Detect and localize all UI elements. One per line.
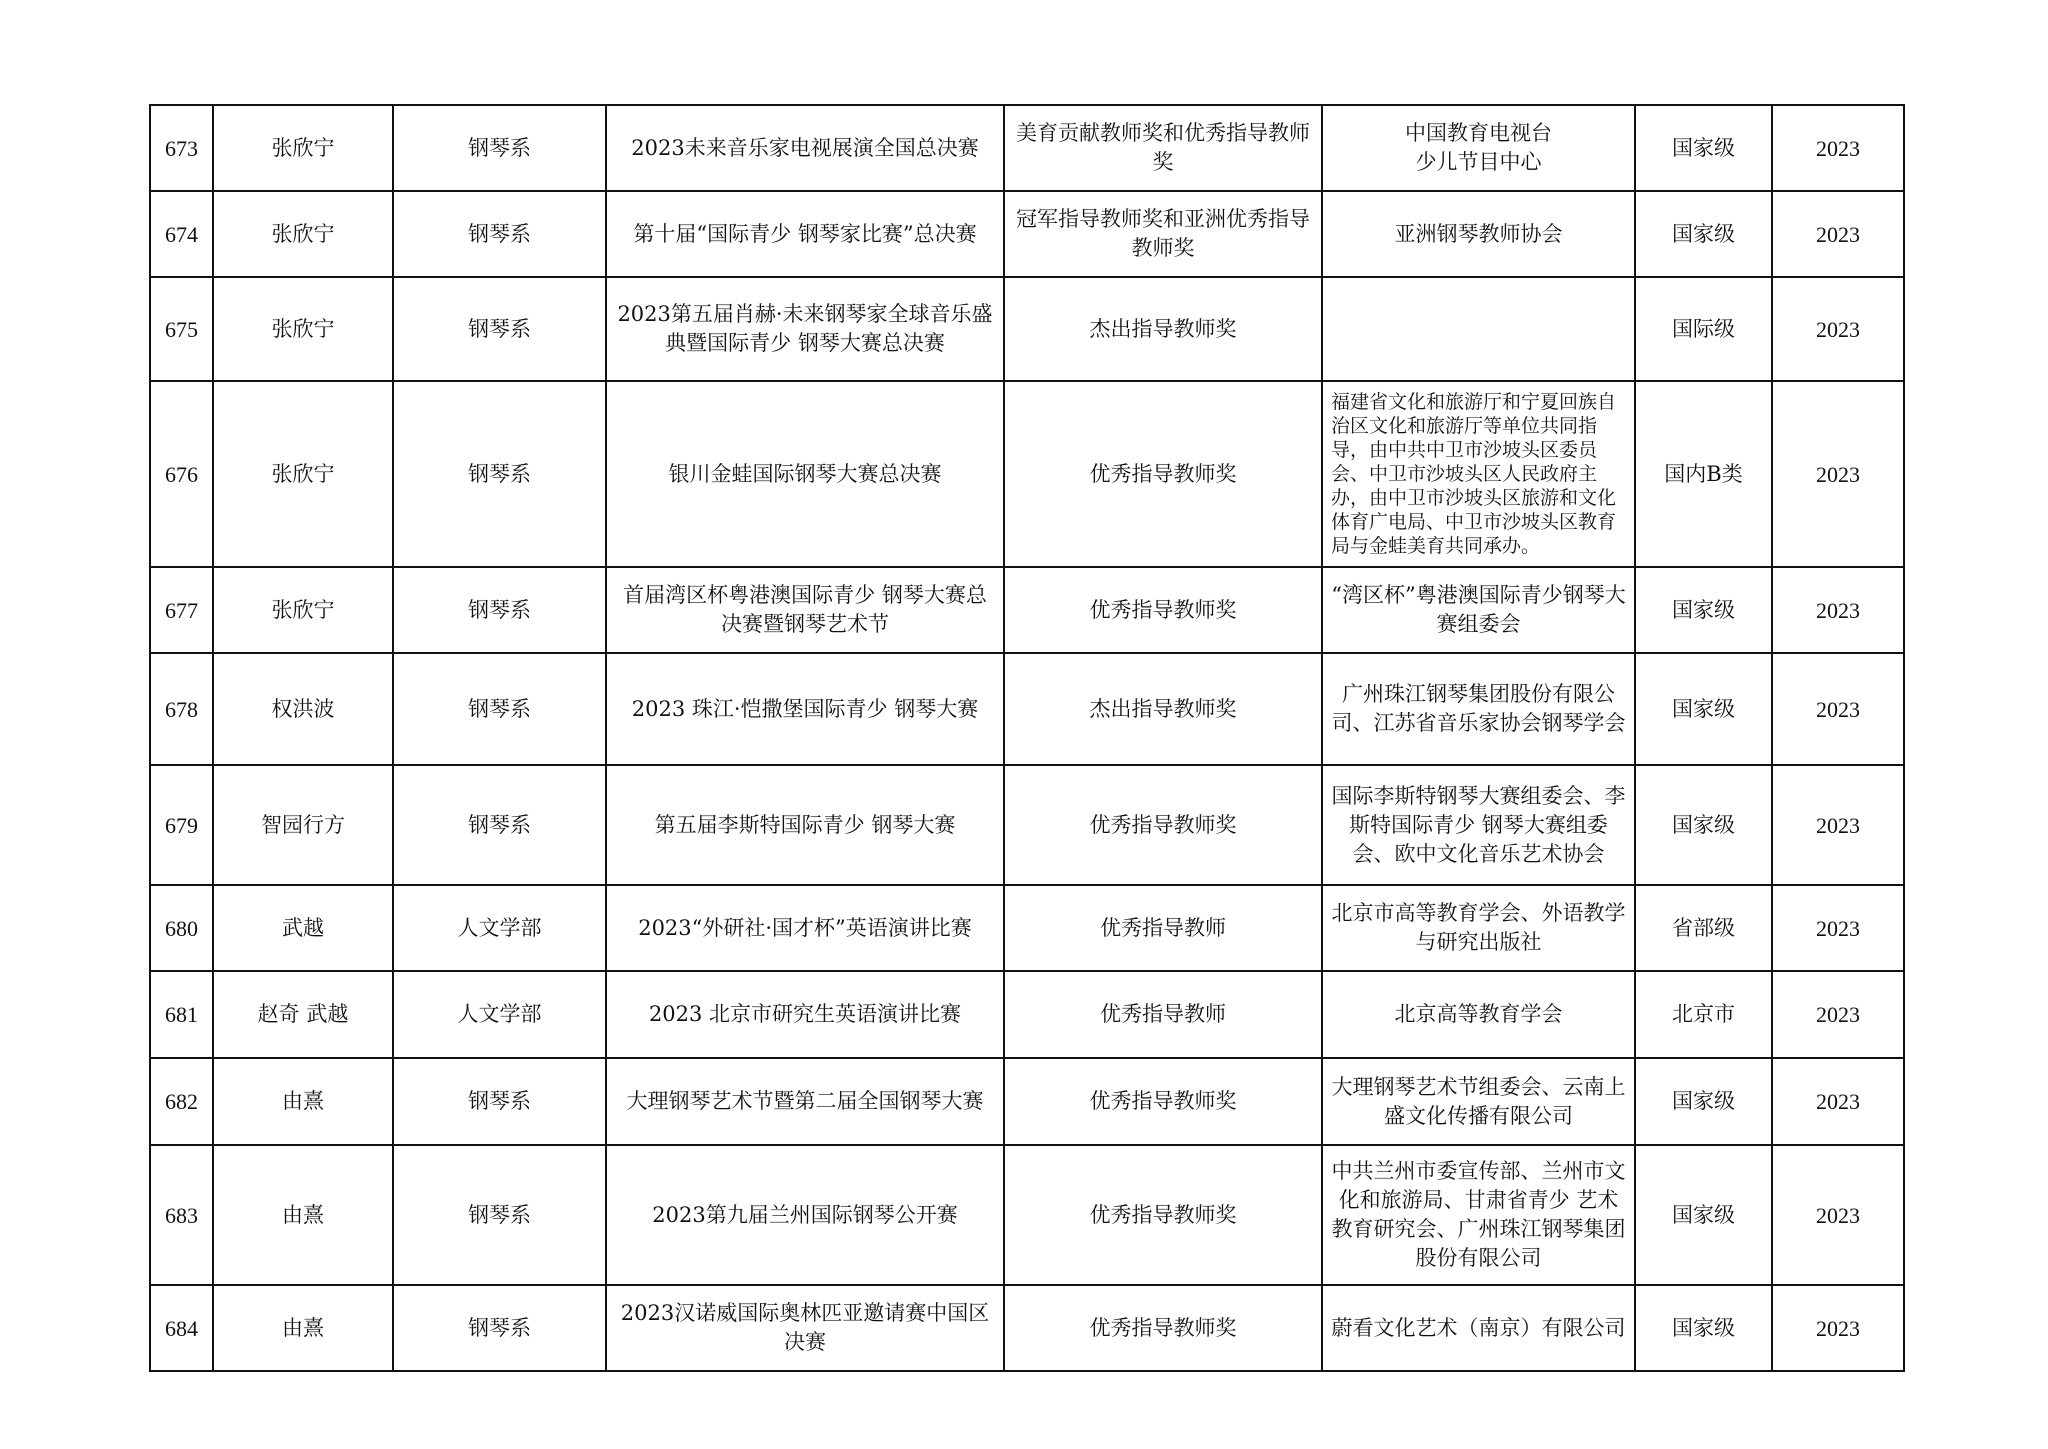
cell-year: 2023 (1772, 191, 1904, 277)
cell-dept: 钢琴系 (393, 1145, 606, 1285)
cell-name: 赵奇 武越 (213, 971, 393, 1058)
cell-dept: 人文学部 (393, 885, 606, 971)
cell-competition: 第五届李斯特国际青少 钢琴大赛 (606, 765, 1004, 885)
cell-organizer: 亚洲钢琴教师协会 (1322, 191, 1635, 277)
cell-level: 国家级 (1635, 1145, 1772, 1285)
cell-year: 2023 (1772, 653, 1904, 765)
cell-level: 国际级 (1635, 277, 1772, 381)
cell-no: 683 (150, 1145, 213, 1285)
cell-level: 国家级 (1635, 1058, 1772, 1145)
table-row: 681 赵奇 武越 人文学部 2023 北京市研究生英语演讲比赛 优秀指导教师 … (150, 971, 1904, 1058)
cell-organizer: 蔚看文化艺术（南京）有限公司 (1322, 1285, 1635, 1371)
cell-no: 674 (150, 191, 213, 277)
cell-competition: 2023“外研社·国才杯”英语演讲比赛 (606, 885, 1004, 971)
cell-year: 2023 (1772, 971, 1904, 1058)
cell-level: 省部级 (1635, 885, 1772, 971)
cell-organizer: “湾区杯”粤港澳国际青少钢琴大赛组委会 (1322, 567, 1635, 653)
cell-level: 国家级 (1635, 567, 1772, 653)
table-row: 679 智园行方 钢琴系 第五届李斯特国际青少 钢琴大赛 优秀指导教师奖 国际李… (150, 765, 1904, 885)
cell-name: 张欣宁 (213, 277, 393, 381)
cell-year: 2023 (1772, 381, 1904, 567)
cell-award: 冠军指导教师奖和亚洲优秀指导教师奖 (1004, 191, 1322, 277)
cell-level: 国家级 (1635, 105, 1772, 191)
cell-name: 智园行方 (213, 765, 393, 885)
cell-name: 张欣宁 (213, 567, 393, 653)
cell-dept: 钢琴系 (393, 567, 606, 653)
cell-dept: 钢琴系 (393, 277, 606, 381)
cell-no: 679 (150, 765, 213, 885)
cell-award: 优秀指导教师 (1004, 971, 1322, 1058)
cell-no: 675 (150, 277, 213, 381)
cell-name: 武越 (213, 885, 393, 971)
table-row: 680 武越 人文学部 2023“外研社·国才杯”英语演讲比赛 优秀指导教师 北… (150, 885, 1904, 971)
table-row: 682 由熹 钢琴系 大理钢琴艺术节暨第二届全国钢琴大赛 优秀指导教师奖 大理钢… (150, 1058, 1904, 1145)
cell-no: 682 (150, 1058, 213, 1145)
cell-year: 2023 (1772, 277, 1904, 381)
cell-competition: 银川金蛙国际钢琴大赛总决赛 (606, 381, 1004, 567)
cell-name: 张欣宁 (213, 381, 393, 567)
cell-no: 676 (150, 381, 213, 567)
cell-award: 优秀指导教师 (1004, 885, 1322, 971)
cell-award: 优秀指导教师奖 (1004, 1145, 1322, 1285)
cell-dept: 钢琴系 (393, 191, 606, 277)
cell-level: 北京市 (1635, 971, 1772, 1058)
table-row: 677 张欣宁 钢琴系 首届湾区杯粤港澳国际青少 钢琴大赛总决赛暨钢琴艺术节 优… (150, 567, 1904, 653)
awards-table: 673 张欣宁 钢琴系 2023未来音乐家电视展演全国总决赛 美育贡献教师奖和优… (149, 104, 1905, 1372)
cell-no: 677 (150, 567, 213, 653)
cell-competition: 2023 珠江·恺撒堡国际青少 钢琴大赛 (606, 653, 1004, 765)
cell-level: 国家级 (1635, 1285, 1772, 1371)
cell-dept: 钢琴系 (393, 105, 606, 191)
table-row: 678 权洪波 钢琴系 2023 珠江·恺撒堡国际青少 钢琴大赛 杰出指导教师奖… (150, 653, 1904, 765)
cell-year: 2023 (1772, 1285, 1904, 1371)
cell-organizer: 北京市高等教育学会、外语教学与研究出版社 (1322, 885, 1635, 971)
cell-level: 国家级 (1635, 653, 1772, 765)
cell-name: 由熹 (213, 1285, 393, 1371)
cell-award: 杰出指导教师奖 (1004, 653, 1322, 765)
cell-name: 由熹 (213, 1058, 393, 1145)
table-row: 673 张欣宁 钢琴系 2023未来音乐家电视展演全国总决赛 美育贡献教师奖和优… (150, 105, 1904, 191)
cell-competition: 大理钢琴艺术节暨第二届全国钢琴大赛 (606, 1058, 1004, 1145)
cell-name: 张欣宁 (213, 191, 393, 277)
cell-award: 优秀指导教师奖 (1004, 567, 1322, 653)
cell-year: 2023 (1772, 567, 1904, 653)
cell-award: 美育贡献教师奖和优秀指导教师奖 (1004, 105, 1322, 191)
cell-no: 684 (150, 1285, 213, 1371)
table-row: 683 由熹 钢琴系 2023第九届兰州国际钢琴公开赛 优秀指导教师奖 中共兰州… (150, 1145, 1904, 1285)
cell-dept: 钢琴系 (393, 381, 606, 567)
table-row: 674 张欣宁 钢琴系 第十届“国际青少 钢琴家比赛”总决赛 冠军指导教师奖和亚… (150, 191, 1904, 277)
cell-organizer: 中共兰州市委宣传部、兰州市文化和旅游局、甘肃省青少 艺术教育研究会、广州珠江钢琴… (1322, 1145, 1635, 1285)
cell-no: 673 (150, 105, 213, 191)
cell-organizer: 福建省文化和旅游厅和宁夏回族自治区文化和旅游厅等单位共同指导，由中共中卫市沙坡头… (1322, 381, 1635, 567)
cell-level: 国内B类 (1635, 381, 1772, 567)
cell-year: 2023 (1772, 765, 1904, 885)
cell-year: 2023 (1772, 885, 1904, 971)
table-row: 684 由熹 钢琴系 2023汉诺威国际奥林匹亚邀请赛中国区决赛 优秀指导教师奖… (150, 1285, 1904, 1371)
cell-name: 由熹 (213, 1145, 393, 1285)
cell-organizer: 中国教育电视台 少儿节目中心 (1322, 105, 1635, 191)
cell-year: 2023 (1772, 105, 1904, 191)
cell-competition: 2023汉诺威国际奥林匹亚邀请赛中国区决赛 (606, 1285, 1004, 1371)
cell-dept: 钢琴系 (393, 765, 606, 885)
cell-year: 2023 (1772, 1145, 1904, 1285)
cell-organizer: 广州珠江钢琴集团股份有限公司、江苏省音乐家协会钢琴学会 (1322, 653, 1635, 765)
cell-competition: 首届湾区杯粤港澳国际青少 钢琴大赛总决赛暨钢琴艺术节 (606, 567, 1004, 653)
cell-organizer: 国际李斯特钢琴大赛组委会、李斯特国际青少 钢琴大赛组委会、欧中文化音乐艺术协会 (1322, 765, 1635, 885)
cell-competition: 2023 北京市研究生英语演讲比赛 (606, 971, 1004, 1058)
cell-competition: 2023未来音乐家电视展演全国总决赛 (606, 105, 1004, 191)
table-row: 676 张欣宁 钢琴系 银川金蛙国际钢琴大赛总决赛 优秀指导教师奖 福建省文化和… (150, 381, 1904, 567)
cell-award: 优秀指导教师奖 (1004, 381, 1322, 567)
cell-award: 优秀指导教师奖 (1004, 1058, 1322, 1145)
cell-dept: 人文学部 (393, 971, 606, 1058)
cell-organizer (1322, 277, 1635, 381)
cell-organizer: 大理钢琴艺术节组委会、云南上盛文化传播有限公司 (1322, 1058, 1635, 1145)
cell-dept: 钢琴系 (393, 1285, 606, 1371)
cell-competition: 2023第五届肖赫·未来钢琴家全球音乐盛典暨国际青少 钢琴大赛总决赛 (606, 277, 1004, 381)
cell-award: 杰出指导教师奖 (1004, 277, 1322, 381)
cell-level: 国家级 (1635, 191, 1772, 277)
cell-name: 权洪波 (213, 653, 393, 765)
cell-dept: 钢琴系 (393, 653, 606, 765)
cell-competition: 第十届“国际青少 钢琴家比赛”总决赛 (606, 191, 1004, 277)
table-body: 673 张欣宁 钢琴系 2023未来音乐家电视展演全国总决赛 美育贡献教师奖和优… (150, 105, 1904, 1371)
cell-organizer: 北京高等教育学会 (1322, 971, 1635, 1058)
cell-no: 680 (150, 885, 213, 971)
cell-dept: 钢琴系 (393, 1058, 606, 1145)
cell-competition: 2023第九届兰州国际钢琴公开赛 (606, 1145, 1004, 1285)
cell-name: 张欣宁 (213, 105, 393, 191)
cell-award: 优秀指导教师奖 (1004, 1285, 1322, 1371)
table-row: 675 张欣宁 钢琴系 2023第五届肖赫·未来钢琴家全球音乐盛典暨国际青少 钢… (150, 277, 1904, 381)
cell-no: 681 (150, 971, 213, 1058)
cell-award: 优秀指导教师奖 (1004, 765, 1322, 885)
cell-no: 678 (150, 653, 213, 765)
cell-level: 国家级 (1635, 765, 1772, 885)
cell-year: 2023 (1772, 1058, 1904, 1145)
